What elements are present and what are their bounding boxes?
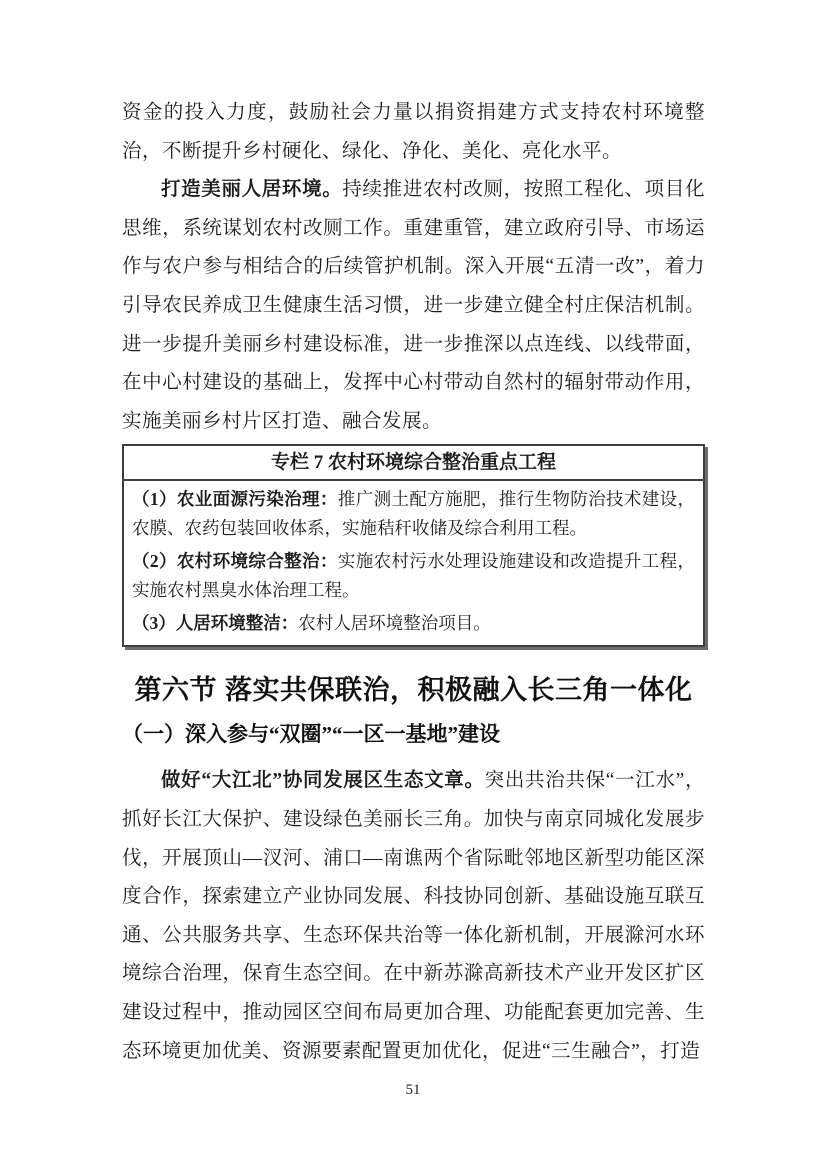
callout-item-1: （1）农业面源污染治理：推广测土配方施肥，推行生物防治技术建设，农膜、农药包装回…	[132, 485, 695, 543]
paragraph-lead: 打造美丽人居环境。	[161, 179, 342, 200]
paragraph-funding-continued: 资金的投入力度，鼓励社会力量以捐资捐建方式支持农村环境整治，不断提升乡村硬化、绿…	[122, 94, 705, 171]
callout-item-label: （1）农业面源污染治理：	[132, 489, 338, 509]
callout-box-column7: 专栏 7 农村环境综合整治重点工程 （1）农业面源污染治理：推广测土配方施肥，推…	[122, 444, 705, 647]
callout-item-2: （2）农村环境综合整治：实施农村污水处理设施建设和改造提升工程，实施农村黑臭水体…	[132, 547, 695, 605]
callout-body: （1）农业面源污染治理：推广测土配方施肥，推行生物防治技术建设，农膜、农药包装回…	[124, 481, 703, 645]
callout-title: 专栏 7 农村环境综合整治重点工程	[124, 446, 703, 481]
callout-item-label: （2）农村环境综合整治：	[132, 551, 338, 571]
document-content: 资金的投入力度，鼓励社会力量以捐资捐建方式支持农村环境整治，不断提升乡村硬化、绿…	[122, 94, 705, 1071]
paragraph-beautiful-habitat: 打造美丽人居环境。持续推进农村改厕，按照工程化、项目化思维，系统谋划农村改厕工作…	[122, 171, 705, 441]
paragraph-lead: 做好“大江北”协同发展区生态文章。	[161, 770, 485, 791]
callout-item-3: （3）人居环境整洁：农村人居环境整治项目。	[132, 609, 695, 638]
callout-item-text: 农村人居环境整治项目。	[298, 613, 491, 633]
page-number: 51	[0, 1082, 826, 1099]
document-page: 资金的投入力度，鼓励社会力量以捐资捐建方式支持农村环境整治，不断提升乡村硬化、绿…	[0, 0, 826, 1169]
callout-item-label: （3）人居环境整洁：	[132, 613, 298, 633]
paragraph-text: 突出共治共保“一江水”，抓好长江大保护、建设绿色美丽长三角。加快与南京同城化发展…	[122, 770, 705, 1061]
section-heading: 第六节 落实共保联治，积极融入长三角一体化	[122, 673, 705, 707]
paragraph-text: 资金的投入力度，鼓励社会力量以捐资捐建方式支持农村环境整治，不断提升乡村硬化、绿…	[122, 102, 705, 162]
subsection-heading: （一）深入参与“双圈”“一区一基地”建设	[122, 719, 705, 749]
paragraph-text: 持续推进农村改厕，按照工程化、项目化思维，系统谋划农村改厕工作。重建重管，建立政…	[122, 179, 705, 432]
paragraph-dajiangbei: 做好“大江北”协同发展区生态文章。突出共治共保“一江水”，抓好长江大保护、建设绿…	[122, 762, 705, 1071]
